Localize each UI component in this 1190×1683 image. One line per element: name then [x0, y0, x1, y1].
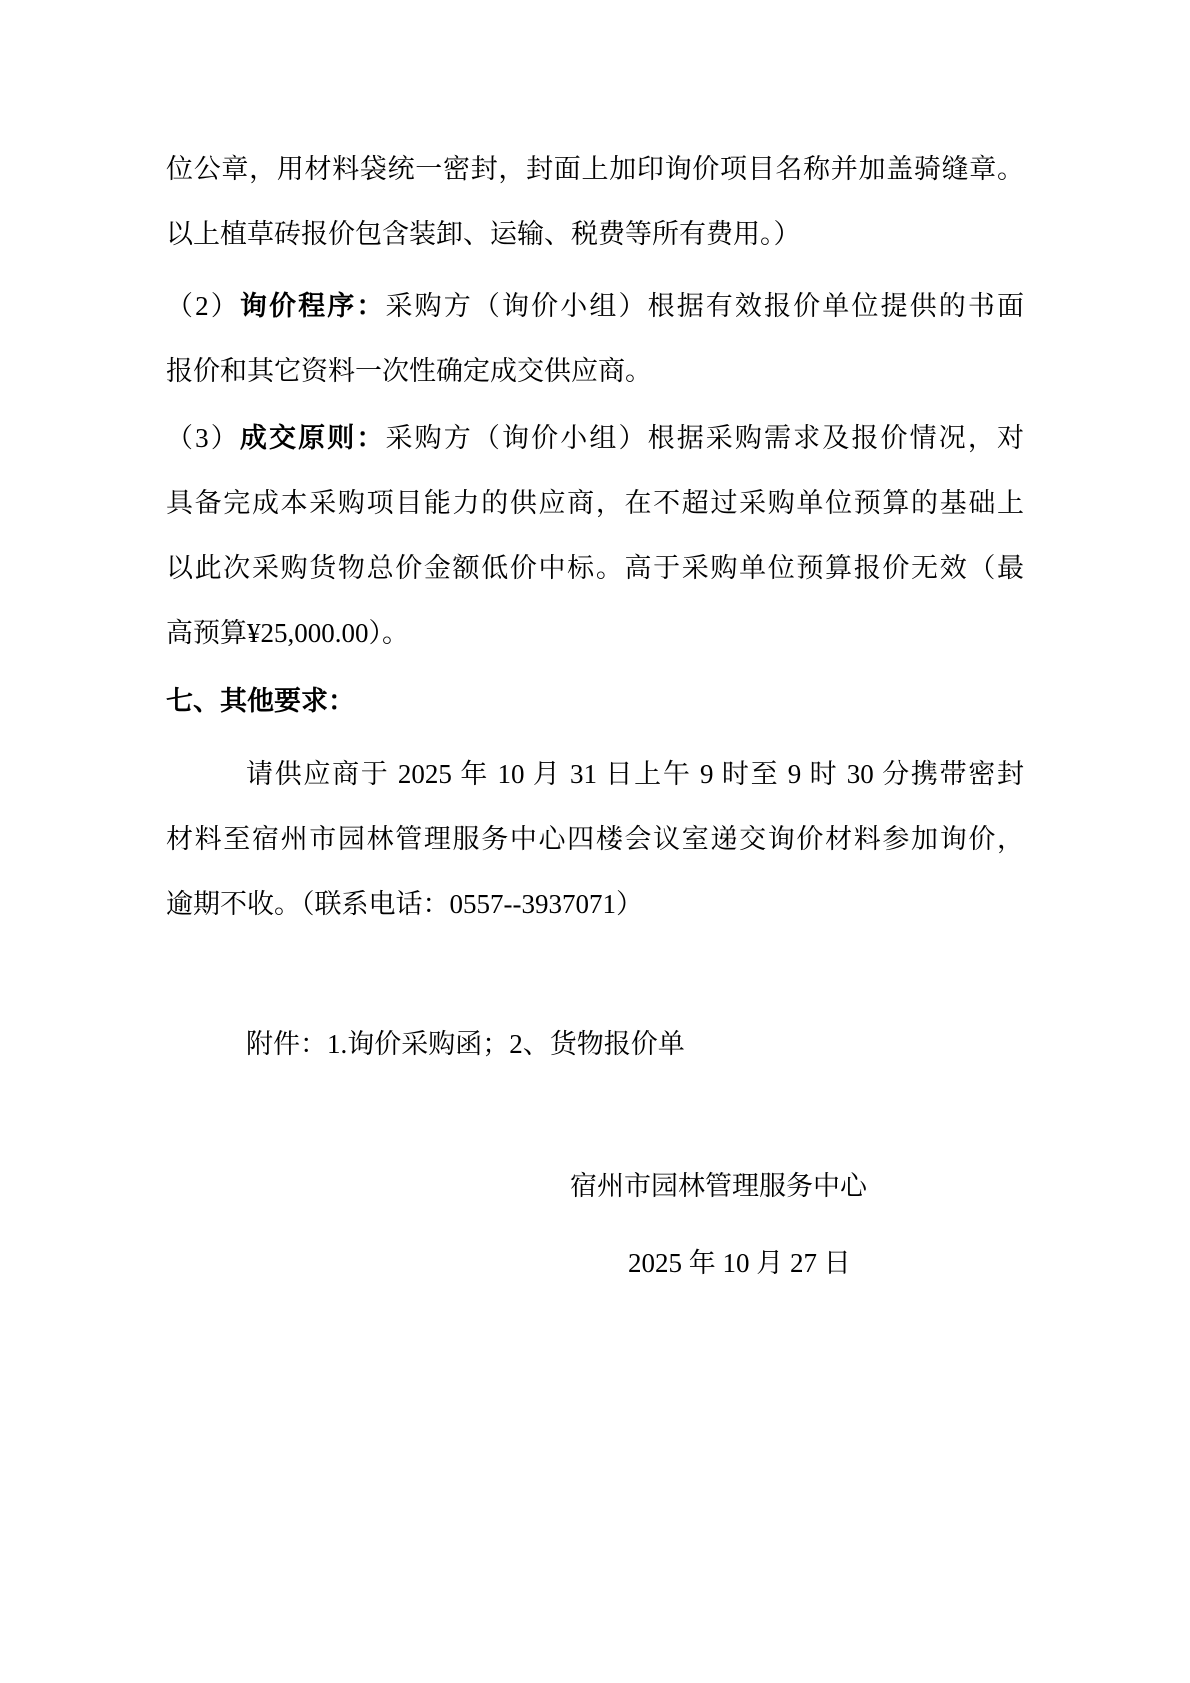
body-line: 以此次采购货物总价金额低价中标。高于采购单位预算报价无效（最 [166, 536, 1024, 601]
body-line: 请供应商于 2025 年 10 月 31 日上午 9 时至 9 时 30 分携带… [166, 742, 1024, 807]
signature-organization: 宿州市园林管理服务中心 [166, 1154, 1024, 1219]
item-number: （3） [166, 423, 240, 453]
body-line: 位公章，用材料袋统一密封，封面上加印询价项目名称并加盖骑缝章。 [166, 137, 1024, 202]
contact-phone-line: 逾期不收。（联系电话：0557--3937071） [166, 872, 1024, 937]
signature-date: 2025 年 10 月 27 日 [166, 1231, 1024, 1296]
text-run: 采购方（询价小组）根据采购需求及报价情况，对 [385, 423, 1024, 453]
item-number: （2） [166, 291, 240, 321]
bold-run-label: 询价程序： [240, 291, 386, 321]
body-line: 具备完成本采购项目能力的供应商，在不超过采购单位预算的基础上 [166, 471, 1024, 536]
budget-line: 高预算¥25,000.00）。 [166, 601, 1024, 666]
body-line: 以上植草砖报价包含装卸、运输、税费等所有费用。） [166, 202, 1024, 267]
paragraph-award-principle: （3）成交原则：采购方（询价小组）根据采购需求及报价情况，对 具备完成本采购项目… [166, 406, 1024, 666]
document-page: 位公章，用材料袋统一密封，封面上加印询价项目名称并加盖骑缝章。 以上植草砖报价包… [0, 0, 1190, 1683]
attachment-list-line: 附件：1.询价采购函；2、货物报价单 [166, 1012, 1024, 1077]
paragraph-other-requirements: 请供应商于 2025 年 10 月 31 日上午 9 时至 9 时 30 分携带… [166, 742, 1024, 937]
body-line: 材料至宿州市园林管理服务中心四楼会议室递交询价材料参加询价， [166, 807, 1024, 872]
paragraph-sealing: 位公章，用材料袋统一密封，封面上加印询价项目名称并加盖骑缝章。 以上植草砖报价包… [166, 137, 1024, 267]
section-heading-other-requirements: 七、其他要求： [166, 669, 1024, 734]
body-line: （2）询价程序：采购方（询价小组）根据有效报价单位提供的书面 [166, 274, 1024, 339]
body-line: 报价和其它资料一次性确定成交供应商。 [166, 339, 1024, 404]
text-run: 采购方（询价小组）根据有效报价单位提供的书面 [385, 291, 1024, 321]
body-line: （3）成交原则：采购方（询价小组）根据采购需求及报价情况，对 [166, 406, 1024, 471]
paragraph-inquiry-procedure: （2）询价程序：采购方（询价小组）根据有效报价单位提供的书面 报价和其它资料一次… [166, 274, 1024, 404]
bold-run-label: 成交原则： [240, 423, 386, 453]
